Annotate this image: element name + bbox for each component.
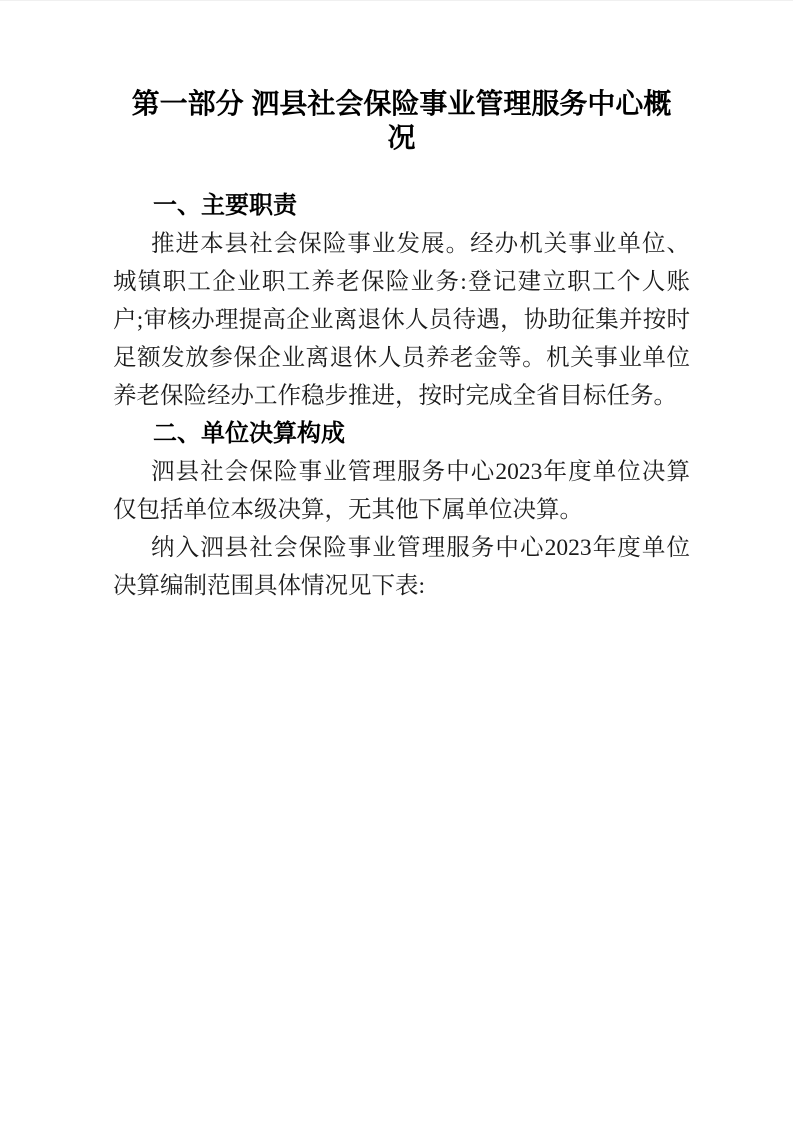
paragraph-final-accounts-table-intro: 纳入泗县社会保险事业管理服务中心2023年度单位决算编制范围具体情况见下表: bbox=[113, 529, 690, 605]
document-title: 第一部分 泗县社会保险事业管理服务中心概 况 bbox=[113, 87, 690, 155]
section-heading-main-duties: 一、主要职责 bbox=[113, 187, 690, 225]
paragraph-main-duties: 推进本县社会保险事业发展。经办机关事业单位、城镇职工企业职工养老保险业务:登记建… bbox=[113, 225, 690, 415]
section-heading-final-accounts: 二、单位决算构成 bbox=[113, 415, 690, 453]
document-title-line-2: 况 bbox=[113, 121, 690, 155]
document-title-line-1: 第一部分 泗县社会保险事业管理服务中心概 bbox=[113, 87, 690, 121]
section-final-accounts-composition: 二、单位决算构成 泗县社会保险事业管理服务中心2023年度单位决算仅包括单位本级… bbox=[113, 415, 690, 605]
document-page: 第一部分 泗县社会保险事业管理服务中心概 况 一、主要职责 推进本县社会保险事业… bbox=[0, 0, 793, 1122]
paragraph-final-accounts-scope: 泗县社会保险事业管理服务中心2023年度单位决算仅包括单位本级决算，无其他下属单… bbox=[113, 453, 690, 529]
section-main-duties: 一、主要职责 推进本县社会保险事业发展。经办机关事业单位、城镇职工企业职工养老保… bbox=[113, 187, 690, 415]
